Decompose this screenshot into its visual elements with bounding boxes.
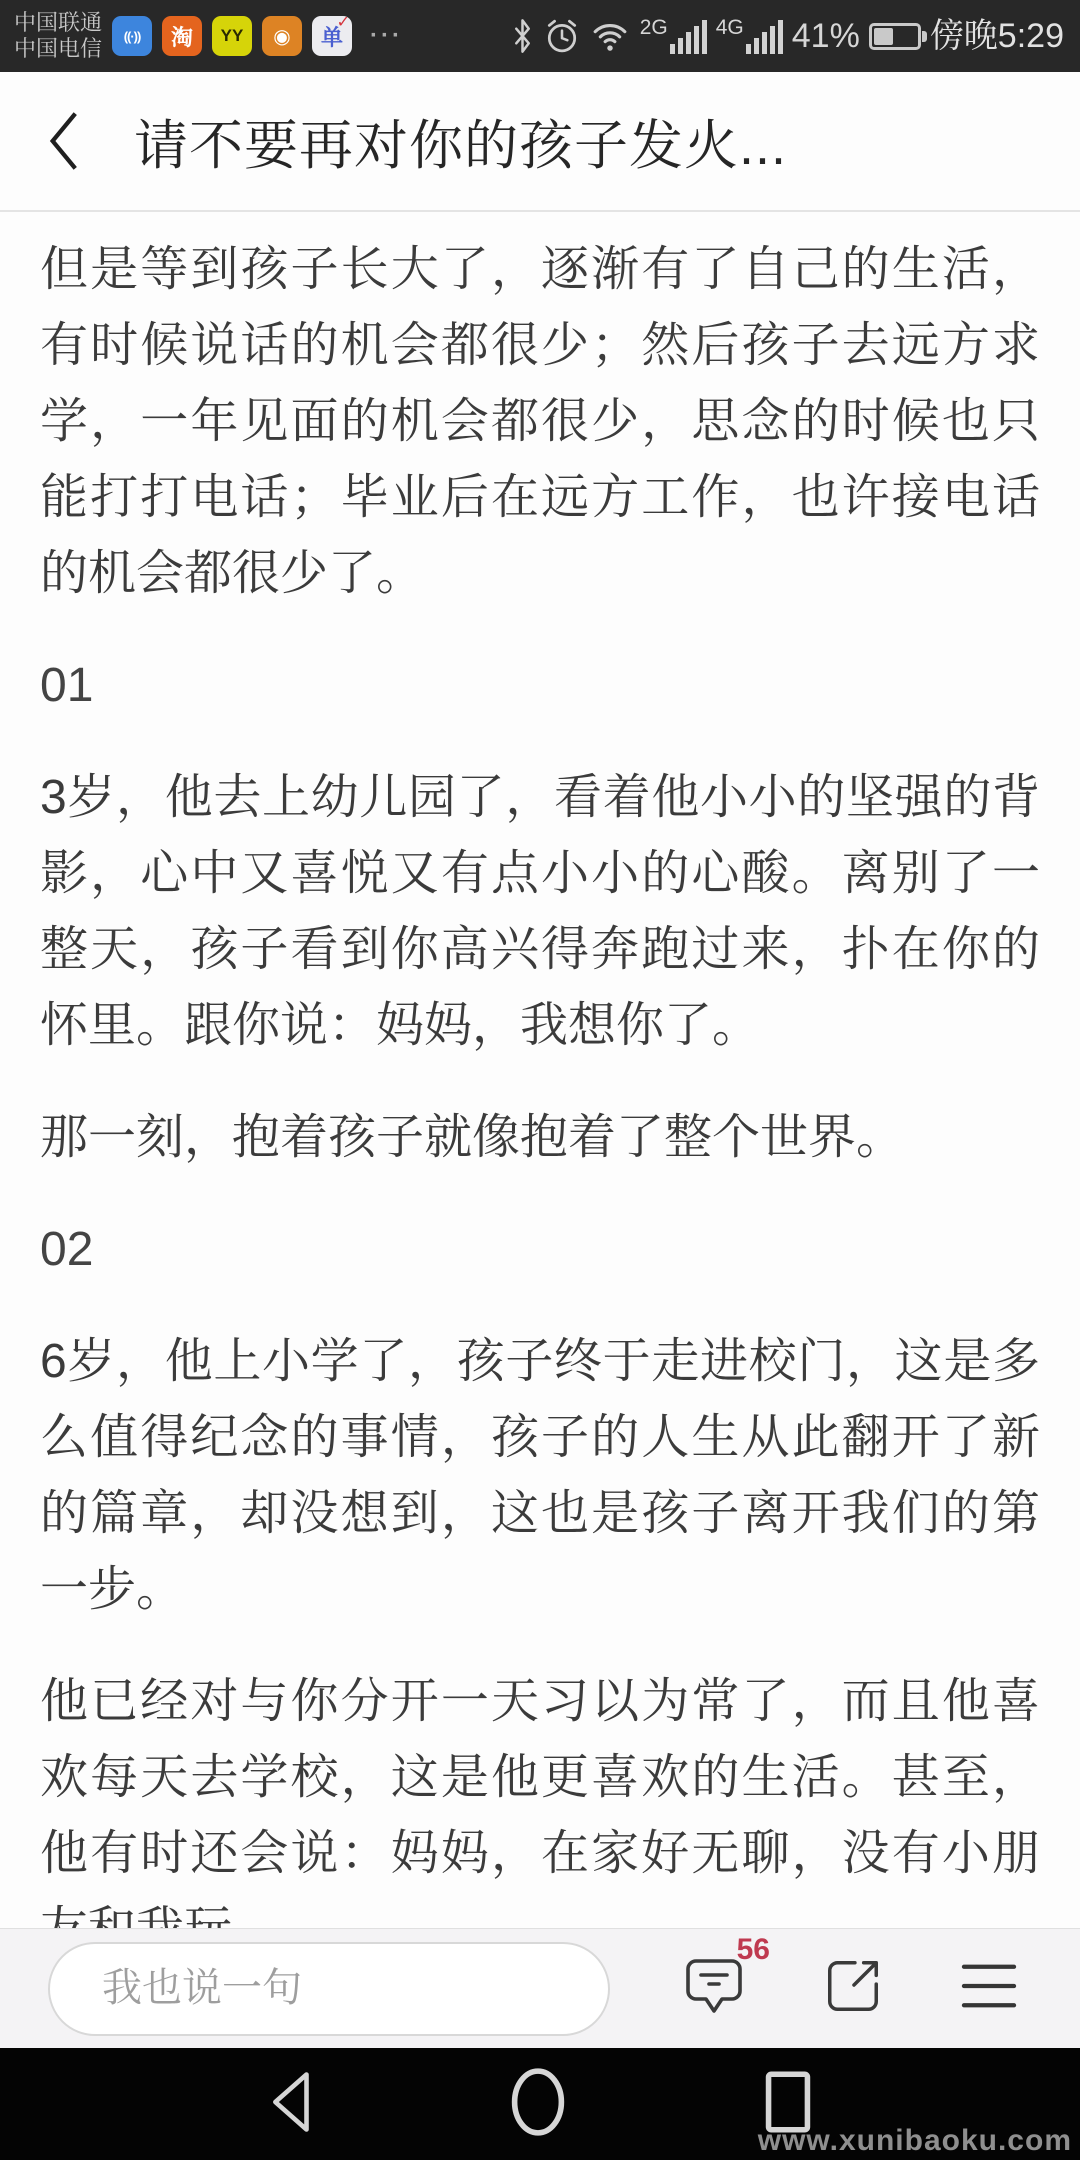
carrier-line-1: 中国联通 <box>14 10 102 36</box>
comment-count-badge: 56 <box>737 1933 770 1967</box>
nav-home-circle-icon <box>509 2065 567 2139</box>
watermark: www.xunibaoku.com <box>758 2124 1072 2158</box>
comment-input[interactable] <box>48 1942 610 2036</box>
network-2g-label: 2G <box>640 16 668 40</box>
article-body: 但是等到孩子长大了，逐渐有了自己的生活，有时候说话的机会都很少；然后孩子去远方求… <box>0 212 1080 1928</box>
yy-app-icon: YY <box>212 16 252 56</box>
notification-icons: ((·)) 淘 YY ◉ 单 ✓ ··· <box>112 16 403 56</box>
article-paragraph: 那一刻，抱着孩子就像抱着了整个世界。 <box>40 1100 1040 1176</box>
signal-2g: 2G <box>640 18 707 54</box>
network-4g-label: 4G <box>716 16 744 40</box>
section-number-01: 01 <box>40 648 1040 724</box>
page-title: 请不要再对你的孩子发火... <box>134 103 787 180</box>
share-button[interactable] <box>822 1955 884 2022</box>
menu-button[interactable] <box>960 1961 1018 2016</box>
taobao-app-icon: 淘 <box>162 16 202 56</box>
article-paragraph: 3岁，他去上幼儿园了，看着他小小的坚强的背影，心中又喜悦又有点小小的心酸。离别了… <box>40 760 1040 1064</box>
signal-4g: 4G <box>716 18 783 54</box>
article-paragraph: 他已经对与你分开一天习以为常了，而且他喜欢每天去学校，这是他更喜欢的生活。甚至，… <box>40 1664 1040 1928</box>
back-button[interactable] <box>44 108 84 174</box>
comment-bar: 56 <box>0 1928 1080 2048</box>
phone-screen: 中国联通 中国电信 ((·)) 淘 YY ◉ 单 ✓ ··· <box>0 0 1080 2160</box>
red-check-icon: ✓ <box>337 12 350 32</box>
battery-icon <box>869 23 921 50</box>
nav-back-button[interactable] <box>267 2069 313 2140</box>
signal-bars-2g-icon <box>670 18 707 54</box>
title-bar: 请不要再对你的孩子发火... <box>0 72 1080 212</box>
share-icon <box>822 1955 884 2017</box>
wifi-icon <box>589 18 631 54</box>
status-indicators: 2G 4G 41% 傍晚5:29 <box>510 18 1064 54</box>
battery-percent: 41% <box>792 18 860 54</box>
comment-bar-actions: 56 <box>682 1953 1018 2024</box>
android-nav-bar: www.xunibaoku.com <box>0 2048 1080 2160</box>
kuaishou-app-icon: ◉ <box>262 16 302 56</box>
alarm-clock-icon <box>544 18 580 54</box>
nav-back-triangle-icon <box>267 2069 313 2135</box>
carrier-labels: 中国联通 中国电信 <box>14 10 102 62</box>
section-number-02: 02 <box>40 1212 1040 1288</box>
menu-icon <box>960 1961 1018 2011</box>
signal-bars-4g-icon <box>746 18 783 54</box>
status-time: 傍晚5:29 <box>930 18 1064 54</box>
back-chevron-icon <box>44 108 82 174</box>
carrier-line-2: 中国电信 <box>14 36 102 62</box>
article-paragraph: 6岁，他上小学了，孩子终于走进校门，这是多么值得纪念的事情，孩子的人生从此翻开了… <box>40 1324 1040 1628</box>
comments-button[interactable]: 56 <box>682 1953 746 2024</box>
bluetooth-icon <box>510 18 535 54</box>
more-notifications-dots: ··· <box>370 22 403 50</box>
nav-home-button[interactable] <box>509 2065 567 2144</box>
checklist-app-icon: 单 ✓ <box>312 16 352 56</box>
article-paragraph: 但是等到孩子长大了，逐渐有了自己的生活，有时候说话的机会都很少；然后孩子去远方求… <box>40 232 1040 612</box>
status-bar: 中国联通 中国电信 ((·)) 淘 YY ◉ 单 ✓ ··· <box>0 0 1080 72</box>
wifi-master-key-app-icon: ((·)) <box>112 16 152 56</box>
